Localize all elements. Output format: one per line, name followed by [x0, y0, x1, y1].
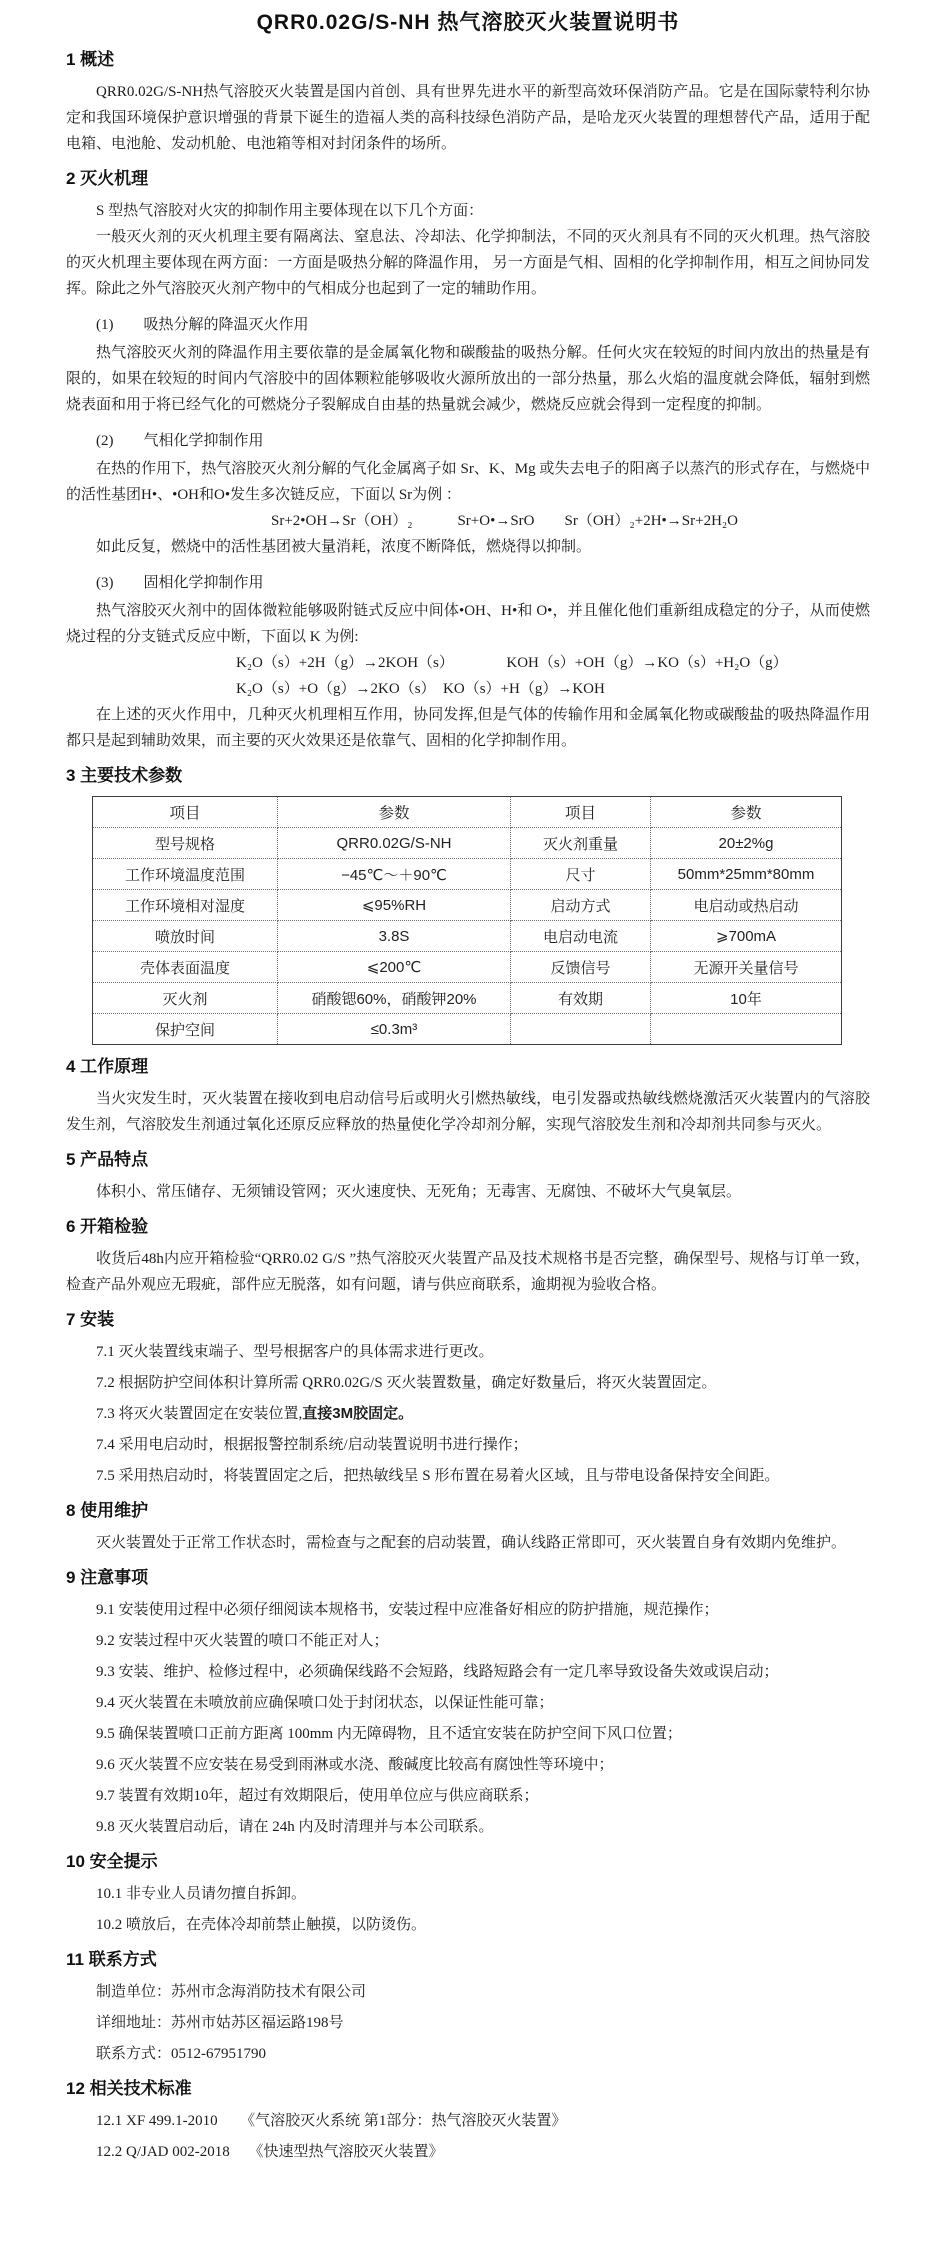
table-cell: 喷放时间 — [93, 921, 278, 952]
table-cell: 20±2%g — [651, 828, 842, 859]
install-item-7-3-text: 7.3 将灭火装置固定在安装位置, — [96, 1406, 302, 1422]
table-row: 工作环境温度范围 −45℃～＋90℃ 尺寸 50mm*25mm*80mm — [93, 859, 842, 890]
standard-item-12-2: 12.2 Q/JAD 002-2018 《快速型热气溶胶灭火装置》 — [66, 2139, 870, 2165]
section-2-heading: 2 灭火机理 — [66, 167, 870, 191]
table-cell: ⩾700mA — [651, 921, 842, 952]
notice-item-9-1: 9.1 安装使用过程中必须仔细阅读本规格书，安装过程中应准备好相应的防护措施，规… — [66, 1597, 870, 1623]
subsection-2-title: (2) 气相化学抑制作用 — [66, 428, 870, 454]
standard-item-12-1: 12.1 XF 499.1-2010 《气溶胶灭火系统 第1部分：热气溶胶灭火装… — [66, 2108, 870, 2134]
manual-page: QRR0.02G/S-NH 热气溶胶灭火装置说明书 1 概述 QRR0.02G/… — [0, 0, 930, 2194]
table-cell: 灭火剂 — [93, 983, 278, 1014]
subsection-2-note: 如此反复，燃烧中的活性基团被大量消耗，浓度不断降低，燃烧得以抑制。 — [66, 534, 870, 560]
table-cell: 电启动或热启动 — [651, 890, 842, 921]
table-header-cell: 参数 — [278, 797, 511, 828]
table-cell: 工作环境温度范围 — [93, 859, 278, 890]
table-cell — [651, 1014, 842, 1045]
tech-params-table: 项目 参数 项目 参数 型号规格 QRR0.02G/S-NH 灭火剂重量 20±… — [92, 796, 842, 1045]
notice-item-9-4: 9.4 灭火装置在未喷放前应确保喷口处于封闭状态，以保证性能可靠； — [66, 1690, 870, 1716]
safety-item-10-2: 10.2 喷放后，在壳体冷却前禁止触摸，以防烫伤。 — [66, 1912, 870, 1938]
section-5-paragraph: 体积小、常压储存、无须铺设管网；灭火速度快、无死角；无毒害、无腐蚀、不破坏大气臭… — [66, 1179, 870, 1205]
document-title: QRR0.02G/S-NH 热气溶胶灭火装置说明书 — [66, 8, 870, 38]
table-cell: 10年 — [651, 983, 842, 1014]
subsection-3-title: (3) 固相化学抑制作用 — [66, 570, 870, 596]
contact-address: 详细地址：苏州市姑苏区福运路198号 — [66, 2010, 870, 2036]
section-4-heading: 4 工作原理 — [66, 1055, 870, 1079]
table-row: 灭火剂 硝酸锶60%，硝酸钾20% 有效期 10年 — [93, 983, 842, 1014]
table-cell: 电启动电流 — [511, 921, 651, 952]
table-header-cell: 项目 — [511, 797, 651, 828]
table-cell — [511, 1014, 651, 1045]
table-cell: 3.8S — [278, 921, 511, 952]
notice-item-9-6: 9.6 灭火装置不应安装在易受到雨淋或水浇、酸碱度比较高有腐蚀性等环境中； — [66, 1752, 870, 1778]
section-2-conclusion: 在上述的灭火作用中，几种灭火机理相互作用，协同发挥,但是气体的传输作用和金属氧化… — [66, 702, 870, 754]
table-cell: 保护空间 — [93, 1014, 278, 1045]
table-row: 壳体表面温度 ⩽200℃ 反馈信号 无源开关量信号 — [93, 952, 842, 983]
section-8-heading: 8 使用维护 — [66, 1499, 870, 1523]
table-header-cell: 参数 — [651, 797, 842, 828]
section-9-heading: 9 注意事项 — [66, 1566, 870, 1590]
table-cell: 壳体表面温度 — [93, 952, 278, 983]
k-reaction-formula-1: K₂O（s）+2H（g）→2KOH（s） KOH（s）+OH（g）→KO（s）+… — [66, 650, 870, 676]
notice-item-9-5: 9.5 确保装置喷口正前方距离 100mm 内无障碍物，且不适宜安装在防护空间下… — [66, 1721, 870, 1747]
table-cell: 有效期 — [511, 983, 651, 1014]
section-10-heading: 10 安全提示 — [66, 1850, 870, 1874]
table-cell: ⩽95%RH — [278, 890, 511, 921]
section-2-intro: S 型热气溶胶对火灾的抑制作用主要体现在以下几个方面： — [66, 198, 870, 224]
table-cell: 灭火剂重量 — [511, 828, 651, 859]
section-6-heading: 6 开箱检验 — [66, 1215, 870, 1239]
subsection-1-title: (1) 吸热分解的降温灭火作用 — [66, 312, 870, 338]
table-cell: ⩽200℃ — [278, 952, 511, 983]
section-4-paragraph: 当火灾发生时，灭火装置在接收到电启动信号后或明火引燃热敏线，电引发器或热敏线燃烧… — [66, 1086, 870, 1138]
table-cell: 50mm*25mm*80mm — [651, 859, 842, 890]
section-8-paragraph: 灭火装置处于正常工作状态时，需检查与之配套的启动装置，确认线路正常即可，灭火装置… — [66, 1530, 870, 1556]
notice-item-9-8: 9.8 灭火装置启动后，请在 24h 内及时清理并与本公司联系。 — [66, 1814, 870, 1840]
table-row: 喷放时间 3.8S 电启动电流 ⩾700mA — [93, 921, 842, 952]
table-cell: QRR0.02G/S-NH — [278, 828, 511, 859]
notice-item-9-3: 9.3 安装、维护、检修过程中，必须确保线路不会短路，线路短路会有一定几率导致设… — [66, 1659, 870, 1685]
install-item-7-2: 7.2 根据防护空间体积计算所需 QRR0.02G/S 灭火装置数量，确定好数量… — [66, 1370, 870, 1396]
subsection-3-paragraph: 热气溶胶灭火剂中的固体微粒能够吸附链式反应中间体•OH、H•和 O•，并且催化他… — [66, 598, 870, 650]
section-3-heading: 3 主要技术参数 — [66, 764, 870, 788]
table-cell: 尺寸 — [511, 859, 651, 890]
section-2-paragraph: 一般灭火剂的灭火机理主要有隔离法、窒息法、冷却法、化学抑制法，不同的灭火剂具有不… — [66, 224, 870, 302]
table-cell: 启动方式 — [511, 890, 651, 921]
install-item-7-1: 7.1 灭火装置线束端子、型号根据客户的具体需求进行更改。 — [66, 1339, 870, 1365]
install-item-7-3: 7.3 将灭火装置固定在安装位置,直接3M胶固定。 — [66, 1401, 870, 1427]
table-header-cell: 项目 — [93, 797, 278, 828]
section-1-heading: 1 概述 — [66, 48, 870, 72]
sr-reaction-formula: Sr+2•OH→Sr（OH）₂ Sr+O•→SrO Sr（OH）₂+2H•→Sr… — [66, 508, 870, 534]
table-cell: 反馈信号 — [511, 952, 651, 983]
table-cell: 无源开关量信号 — [651, 952, 842, 983]
subsection-2-paragraph: 在热的作用下，热气溶胶灭火剂分解的气化金属离子如 Sr、K、Mg 或失去电子的阳… — [66, 456, 870, 508]
section-7-heading: 7 安装 — [66, 1308, 870, 1332]
table-row: 型号规格 QRR0.02G/S-NH 灭火剂重量 20±2%g — [93, 828, 842, 859]
table-cell: −45℃～＋90℃ — [278, 859, 511, 890]
notice-item-9-7: 9.7 装置有效期10年，超过有效期限后，使用单位应与供应商联系； — [66, 1783, 870, 1809]
safety-item-10-1: 10.1 非专业人员请勿擅自拆卸。 — [66, 1881, 870, 1907]
install-item-7-5: 7.5 采用热启动时，将装置固定之后，把热敏线呈 S 形布置在易着火区域，且与带… — [66, 1463, 870, 1489]
section-1-paragraph: QRR0.02G/S-NH热气溶胶灭火装置是国内首创、具有世界先进水平的新型高效… — [66, 79, 870, 157]
table-cell: ≤0.3m³ — [278, 1014, 511, 1045]
contact-phone: 联系方式：0512-67951790 — [66, 2041, 870, 2067]
table-row: 保护空间 ≤0.3m³ — [93, 1014, 842, 1045]
contact-manufacturer: 制造单位：苏州市念海消防技术有限公司 — [66, 1979, 870, 2005]
k-reaction-formula-2: K₂O（s）+O（g）→2KO（s） KO（s）+H（g）→KOH — [66, 676, 870, 702]
table-header-row: 项目 参数 项目 参数 — [93, 797, 842, 828]
install-item-7-4: 7.4 采用电启动时，根据报警控制系统/启动装置说明书进行操作； — [66, 1432, 870, 1458]
notice-item-9-2: 9.2 安装过程中灭火装置的喷口不能正对人； — [66, 1628, 870, 1654]
table-cell: 硝酸锶60%，硝酸钾20% — [278, 983, 511, 1014]
table-cell: 工作环境相对湿度 — [93, 890, 278, 921]
section-12-heading: 12 相关技术标准 — [66, 2077, 870, 2101]
section-5-heading: 5 产品特点 — [66, 1148, 870, 1172]
table-row: 工作环境相对湿度 ⩽95%RH 启动方式 电启动或热启动 — [93, 890, 842, 921]
section-11-heading: 11 联系方式 — [66, 1948, 870, 1972]
install-item-7-3-bold: 直接3M胶固定。 — [302, 1405, 413, 1422]
table-cell: 型号规格 — [93, 828, 278, 859]
subsection-1-paragraph: 热气溶胶灭火剂的降温作用主要依靠的是金属氧化物和碳酸盐的吸热分解。任何火灾在较短… — [66, 340, 870, 418]
section-6-paragraph: 收货后48h内应开箱检验“QRR0.02 G/S ”热气溶胶灭火装置产品及技术规… — [66, 1246, 870, 1298]
